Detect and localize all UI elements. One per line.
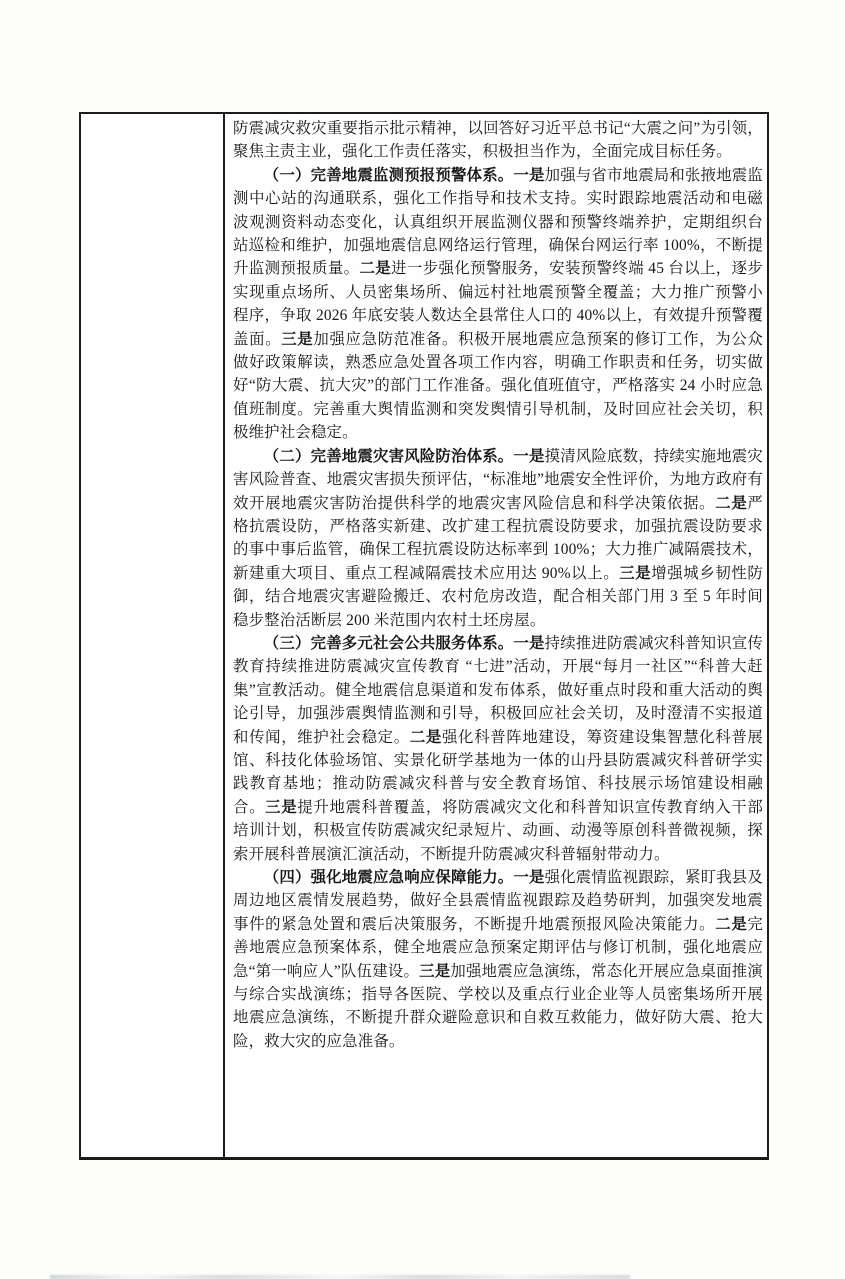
paragraph: （一）完善地震监测预报预警体系。一是加强与省市地震局和张掖地震监测中心站的沟通联… <box>233 164 763 445</box>
bold-text-run: 二是 <box>410 729 442 746</box>
bold-text-run: 三是 <box>419 963 450 980</box>
body-text: 防震减灾救灾重要指示批示精神，以回答好习近平总书记“大震之问”为引领，聚焦主责主… <box>233 117 763 1053</box>
bold-text-run: （四）强化地震应急响应保障能力。一是 <box>264 869 545 886</box>
bold-text-run: 三是 <box>265 799 297 816</box>
bold-text-run: 三是 <box>281 331 313 348</box>
bold-text-run: （三）完善多元社会公共服务体系。一是 <box>264 635 545 652</box>
text-run: 加强应急防范准备。积极开展地震应急预案的修订工作，为公众做好政策解读，熟悉应急处… <box>233 331 763 442</box>
bold-text-run: 二是 <box>715 916 747 933</box>
document-table: 防震减灾救灾重要指示批示精神，以回答好习近平总书记“大震之问”为引领，聚焦主责主… <box>79 112 769 1160</box>
paragraph: （四）强化地震应急响应保障能力。一是强化震情监视跟踪，紧盯我县及周边地区震情发展… <box>233 866 763 1053</box>
paragraph: （二）完善地震灾害风险防治体系。一是摸清风险底数，持续实施地震灾害风险普查、地震… <box>233 445 763 632</box>
text-run: 防震减灾救灾重要指示批示精神，以回答好习近平总书记“大震之问”为引领，聚焦主责主… <box>233 120 763 160</box>
bold-text-run: （二）完善地震灾害风险防治体系。一是 <box>264 448 545 465</box>
table-left-cell <box>81 114 225 1157</box>
document-page: 防震减灾救灾重要指示批示精神，以回答好习近平总书记“大震之问”为引领，聚焦主责主… <box>0 0 845 1279</box>
scan-artifact <box>50 1275 630 1279</box>
paragraph: 防震减灾救灾重要指示批示精神，以回答好习近平总书记“大震之问”为引领，聚焦主责主… <box>233 117 763 164</box>
bold-text-run: 二是 <box>715 495 747 512</box>
bold-text-run: 三是 <box>619 565 651 582</box>
text-run: 提升地震科普覆盖，将防震减灾文化和科普知识宣传教育纳入干部培训计划，积极宣传防震… <box>233 799 763 863</box>
bold-text-run: （一）完善地震监测预报预警体系。一是 <box>264 167 545 184</box>
bold-text-run: 二是 <box>359 260 391 277</box>
table-right-cell: 防震减灾救灾重要指示批示精神，以回答好习近平总书记“大震之问”为引领，聚焦主责主… <box>225 114 767 1157</box>
paragraph: （三）完善多元社会公共服务体系。一是持续推进防震减灾科普知识宣传教育持续推进防震… <box>233 632 763 866</box>
